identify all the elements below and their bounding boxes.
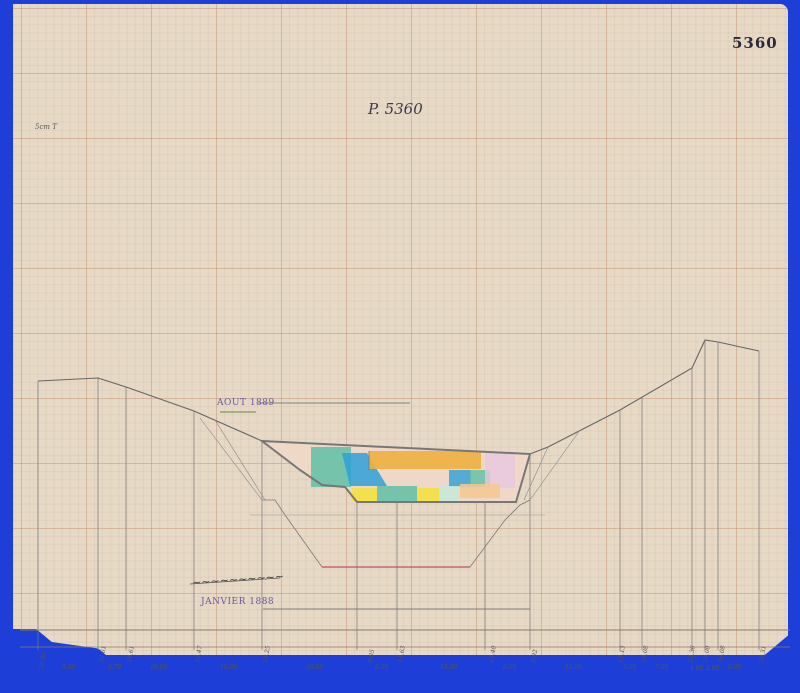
distance-label: 6.00: [503, 664, 516, 671]
sheet-number: 5360: [732, 34, 778, 52]
scale-note: 5cm T: [35, 123, 57, 131]
date-janvier-1888: JANVIER 1888: [201, 597, 274, 607]
distance-label: 8.00: [375, 664, 388, 671]
tunnel-section-wash: [262, 441, 530, 502]
distance-label: 9.50: [62, 664, 75, 671]
excavation-outline: [262, 500, 530, 567]
distance-label: 10.00: [220, 664, 237, 671]
distance-label: 10.00: [150, 664, 167, 671]
profile-title: P. 5360: [368, 100, 423, 118]
date-aout-1889: AOUT 1889: [217, 398, 275, 408]
distance-label: 2.00: [706, 665, 719, 672]
distance-label: 1.00: [690, 665, 703, 672]
distance-label: 16.00: [306, 664, 323, 671]
distance-label: 2.00: [623, 664, 636, 671]
distance-label: 14.00: [440, 664, 457, 671]
ground-profile-line: [38, 340, 759, 454]
distance-label: 6.00: [728, 664, 741, 671]
distance-label: 12.00: [565, 664, 582, 671]
distance-label: 7.00: [655, 664, 668, 671]
distance-label: 8.70: [108, 664, 121, 671]
